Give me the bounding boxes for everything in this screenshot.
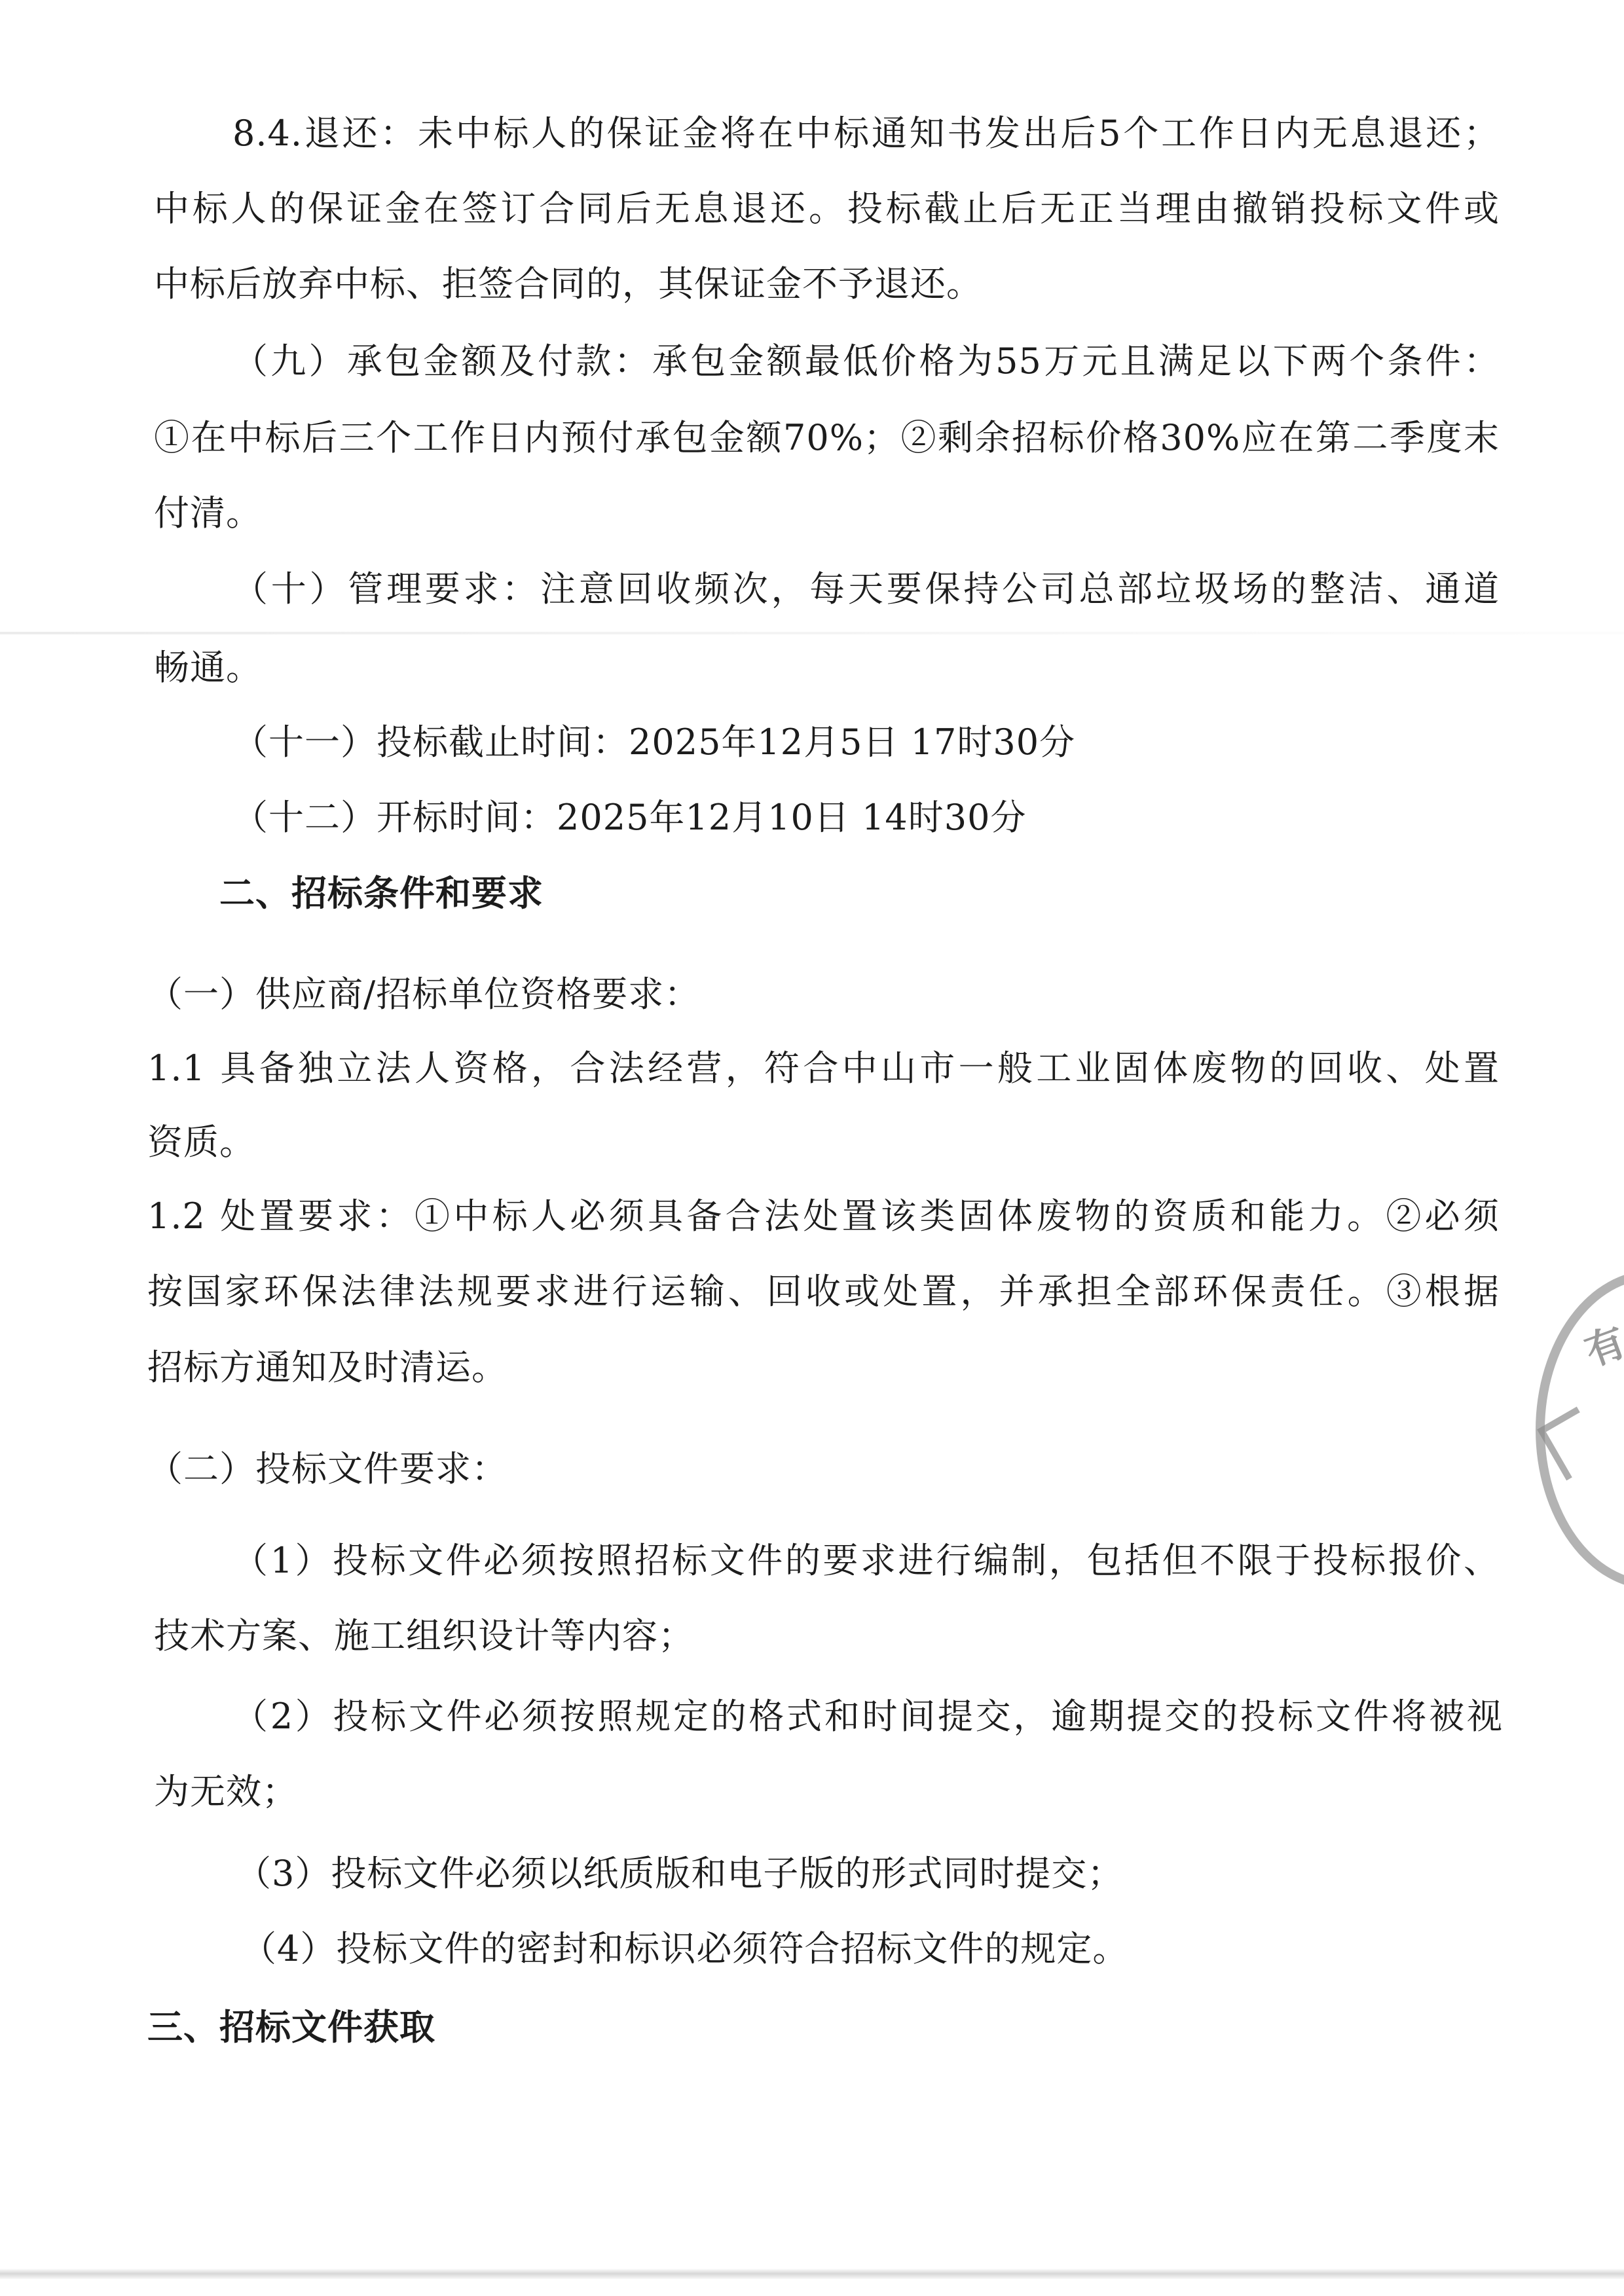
section-2-heading: 二、招标条件和要求 (219, 873, 544, 915)
clause-9-line-1: （九）承包金额及付款：承包金额最低价格为55万元且满足以下两个条件： (232, 340, 1500, 382)
bid-doc-req-1-line-2: 技术方案、施工组织设计等内容； (154, 1615, 694, 1657)
scan-artifact-bottom-edge (0, 2269, 1624, 2279)
bid-opening-time: （十二）开标时间：2025年12月10日 14时30分 (232, 797, 1026, 839)
bid-doc-req-2-line-2: 为无效； (154, 1771, 298, 1813)
bid-doc-req-4: （4）投标文件的密封和标识必须符合招标文件的规定。 (241, 1928, 1128, 1970)
clause-8-4-line-3: 中标后放弃中标、拒签合同的，其保证金不予退还。 (154, 263, 982, 305)
bid-doc-req-3: （3）投标文件必须以纸质版和电子版的形式同时提交； (236, 1853, 1123, 1895)
clause-10-line-2: 畅通。 (154, 647, 262, 689)
bid-doc-req-2-line-1: （2）投标文件必须按照规定的格式和时间提交，逾期提交的投标文件将被视 (232, 1696, 1503, 1738)
bid-deadline: （十一）投标截止时间：2025年12月5日 17时30分 (232, 721, 1075, 763)
requirement-1-1-line-1: 1.1 具备独立法人资格，合法经营，符合中山市一般工业固体废物的回收、处置 (147, 1048, 1500, 1089)
scan-artifact-line (0, 632, 1624, 634)
clause-8-4-line-1: 8.4.退还：未中标人的保证金将在中标通知书发出后5个工作日内无息退还； (232, 113, 1500, 155)
document-page: 8.4.退还：未中标人的保证金将在中标通知书发出后5个工作日内无息退还； 中标人… (0, 0, 1624, 2296)
clause-10-line-1: （十）管理要求：注意回收频次，每天要保持公司总部垃圾场的整洁、通道 (232, 568, 1500, 610)
section-3-heading: 三、招标文件获取 (147, 2007, 435, 2049)
bid-doc-req-1-line-1: （1）投标文件必须按照招标文件的要求进行编制，包括但不限于投标报价、 (232, 1540, 1500, 1582)
subsection-1-heading: （一）供应商/招标单位资格要求： (147, 974, 700, 1015)
requirement-1-2-line-1: 1.2 处置要求：①中标人必须具备合法处置该类固体废物的资质和能力。②必须 (147, 1195, 1500, 1237)
requirement-1-2-line-3: 招标方通知及时清运。 (147, 1347, 507, 1389)
clause-9-line-3: 付清。 (154, 492, 262, 534)
subsection-2-heading: （二）投标文件要求： (147, 1448, 507, 1490)
clause-8-4-line-2: 中标人的保证金在签订合同后无息退还。投标截止后无正当理由撤销投标文件或 (154, 188, 1500, 230)
requirement-1-2-line-2: 按国家环保法律法规要求进行运输、回收或处置，并承担全部环保责任。③根据 (147, 1271, 1500, 1313)
requirement-1-1-line-2: 资质。 (147, 1121, 255, 1163)
clause-9-line-2: ①在中标后三个工作日内预付承包金额70%；②剩余招标价格30%应在第二季度末 (154, 417, 1500, 459)
